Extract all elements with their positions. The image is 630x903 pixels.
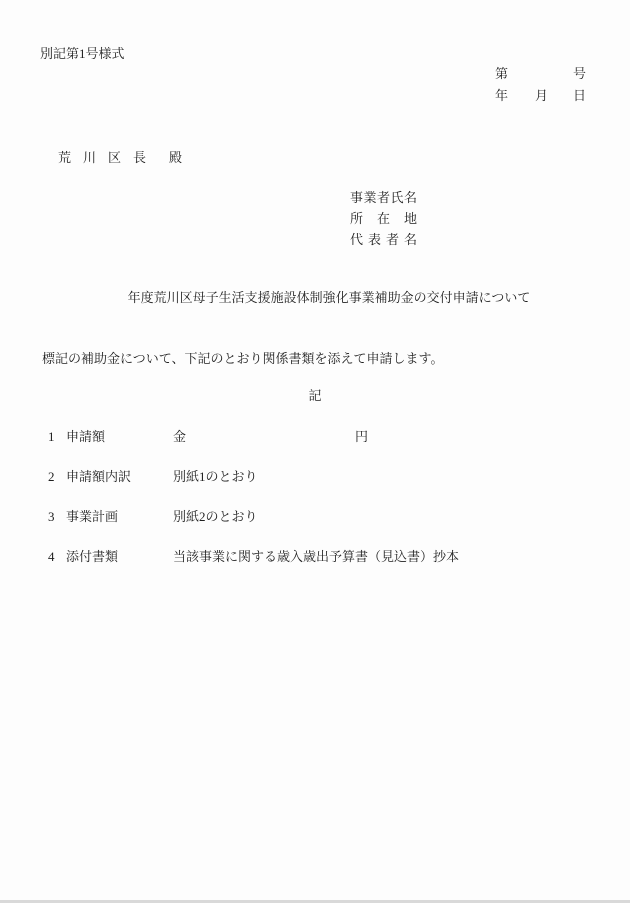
addressee-honorific: 殿 bbox=[169, 150, 182, 165]
item-value: 別紙2のとおり bbox=[173, 510, 258, 523]
sender-address-label: 所在地 bbox=[350, 212, 417, 225]
item-value: 別紙1のとおり bbox=[173, 470, 258, 483]
list-item-application-amount: 1 申請額 金 円 bbox=[0, 430, 630, 448]
item-number: 2 bbox=[48, 470, 55, 483]
date-day-label: 日 bbox=[573, 89, 586, 102]
item-number: 3 bbox=[48, 510, 55, 523]
addressee-line: 荒川区長殿 bbox=[58, 151, 182, 164]
list-item-attached-documents: 4 添付書類 当該事業に関する歳入歳出予算書（見込書）抄本 bbox=[0, 550, 630, 568]
document-title: 年度荒川区母子生活支援施設体制強化事業補助金の交付申請について bbox=[0, 291, 630, 304]
section-marker: 記 bbox=[0, 389, 630, 402]
item-label: 事業計画 bbox=[66, 510, 118, 523]
item-value: 当該事業に関する歳入歳出予算書（見込書）抄本 bbox=[173, 550, 459, 563]
item-suffix: 円 bbox=[355, 430, 368, 443]
date-month-label: 月 bbox=[535, 89, 548, 102]
addressee-name: 荒川区長 bbox=[58, 150, 158, 165]
document-page: 別記第1号様式 第 号 年 月 日 荒川区長殿 事業者氏名 所在地 代表者名 年… bbox=[0, 0, 630, 903]
item-number: 4 bbox=[48, 550, 55, 563]
sender-business-name-label: 事業者氏名 bbox=[350, 191, 417, 204]
item-label: 申請額内訳 bbox=[66, 470, 131, 483]
list-item-business-plan: 3 事業計画 別紙2のとおり bbox=[0, 510, 630, 528]
list-item-amount-breakdown: 2 申請額内訳 別紙1のとおり bbox=[0, 470, 630, 488]
form-code: 別記第1号様式 bbox=[40, 47, 125, 60]
item-number: 1 bbox=[48, 430, 55, 443]
item-label: 添付書類 bbox=[66, 550, 118, 563]
document-number-suffix: 号 bbox=[573, 67, 586, 80]
item-value: 金 bbox=[173, 430, 186, 443]
item-label: 申請額 bbox=[66, 430, 105, 443]
sender-representative-label: 代表者名 bbox=[350, 233, 417, 246]
body-paragraph: 標記の補助金について、下記のとおり関係書類を添えて申請します。 bbox=[42, 352, 443, 365]
sender-block: 事業者氏名 所在地 代表者名 bbox=[350, 191, 417, 254]
document-number-prefix: 第 bbox=[495, 67, 508, 80]
date-year-label: 年 bbox=[495, 89, 508, 102]
